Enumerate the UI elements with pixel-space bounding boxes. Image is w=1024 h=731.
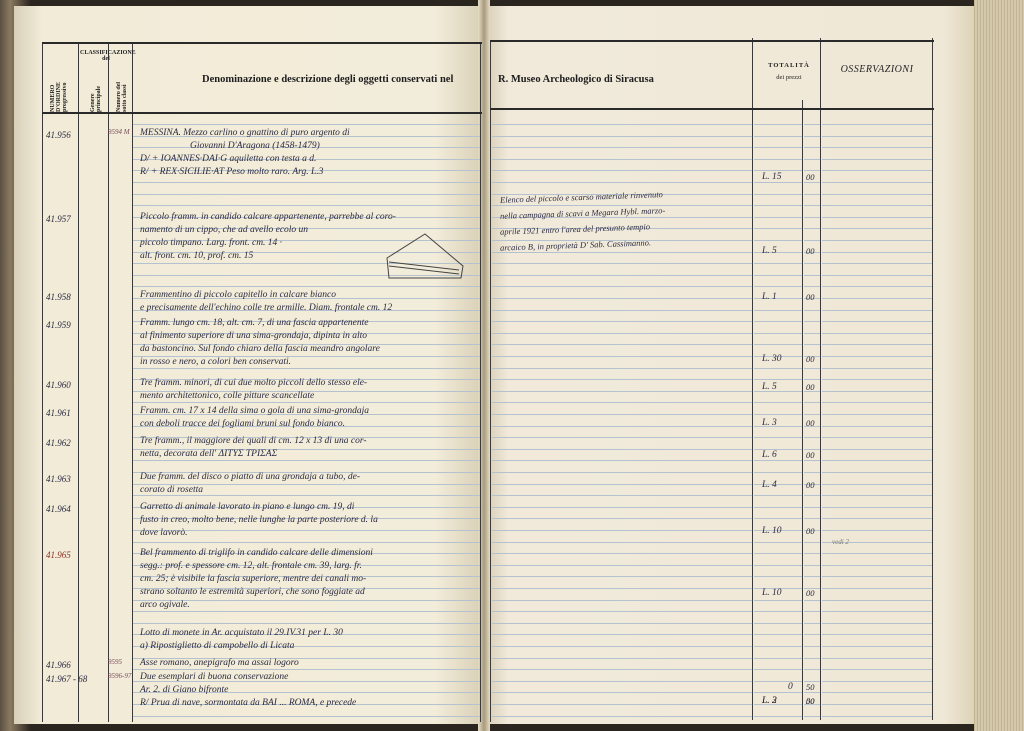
ruled-line: [822, 310, 932, 311]
column-line: [820, 38, 821, 720]
ruled-line: [492, 136, 752, 137]
ruled-line: [754, 623, 802, 624]
entry-number: 41.960: [46, 380, 71, 390]
ruled-line: [492, 518, 752, 519]
entry-description-line: namento di un cippo, che ad avello ecolo…: [140, 225, 308, 235]
ruled-line: [804, 263, 820, 264]
ruled-line: [754, 217, 802, 218]
entry-description-line: Garretto di animale lavorato in piano e …: [140, 502, 354, 512]
column-line: [108, 42, 109, 722]
entry-description-line: Bel frammento di triglifo in candido cal…: [140, 548, 373, 558]
entry-description-line: MESSINA. Mezzo carlino o gnattino di pur…: [140, 128, 350, 138]
ruled-line: [822, 437, 932, 438]
entry-cents: 00: [806, 172, 815, 182]
ruled-line: [492, 402, 752, 403]
ruled-line: [804, 379, 820, 380]
entry-description-line: con deboli tracce dei fogliami bruni sul…: [140, 419, 345, 429]
ruled-line: [492, 611, 752, 612]
ruled-line: [804, 716, 820, 717]
ruled-line: [804, 344, 820, 345]
entry-description-line: Ar. 2. di Giano bifronte: [140, 685, 228, 695]
ruled-line: [754, 310, 802, 311]
ruled-line: [804, 147, 820, 148]
ruled-line: [804, 553, 820, 554]
ruled-line: [804, 240, 820, 241]
ruled-line: [754, 240, 802, 241]
ruled-line: [822, 716, 932, 717]
entry-number: 41.964: [46, 504, 71, 514]
ruled-line: [754, 542, 802, 543]
column-line: [480, 42, 481, 722]
ruled-line: [804, 228, 820, 229]
ruled-line: [754, 472, 802, 473]
page-edges: [974, 0, 1024, 731]
ruled-line: [822, 681, 932, 682]
entry-description-line: Framm. lungo cm. 18, alt. cm. 7, di una …: [140, 318, 369, 328]
ruled-line: [492, 704, 752, 705]
entry-class: 9596-97: [108, 672, 131, 680]
entry-description-line: al finimento superiore di una sima-grond…: [140, 331, 367, 341]
entry-number: 41.967 - 68: [46, 674, 87, 684]
entry-number: 41.966: [46, 660, 71, 670]
ruled-line: [822, 402, 932, 403]
entry-number: 41.958: [46, 292, 71, 302]
ruled-line: [822, 182, 932, 183]
ruled-line: [804, 217, 820, 218]
column-line: [42, 42, 43, 722]
ruled-line: [492, 414, 752, 415]
header-totalita: TOTALITÀ: [760, 62, 818, 69]
page-title-left: Denominazione e descrizione degli oggett…: [202, 74, 453, 85]
ruled-line: [492, 588, 752, 589]
ruled-line: [492, 391, 752, 392]
header-top-line: [490, 40, 934, 42]
header-top-line: [42, 42, 482, 44]
column-line: [78, 42, 79, 722]
ruled-line: [754, 507, 802, 508]
entry-description-line: cm. 25; è visibile la fascia superiore, …: [140, 574, 366, 584]
ruled-line: [804, 368, 820, 369]
ruled-line: [804, 658, 820, 659]
entry-description-line: Giovanni D'Aragona (1458-1479): [190, 141, 320, 151]
ruled-line: [822, 472, 932, 473]
page-title-right: R. Museo Archeologico di Siracusa: [498, 74, 654, 85]
ruled-line: [822, 576, 932, 577]
ruled-line: [492, 565, 752, 566]
entry-cents: 00: [806, 480, 815, 490]
ruled-line: [492, 124, 752, 125]
ruled-line: [754, 124, 802, 125]
ruled-line: [804, 495, 820, 496]
ruled-line: [492, 507, 752, 508]
entry-description-line: segg.: prof. e spessore cm. 12, alt. fro…: [140, 561, 362, 571]
entry-description-line: Due framm. del disco o piatto di una gro…: [140, 472, 360, 482]
header-osservazioni: OSSERVAZIONI: [822, 64, 932, 75]
ruled-line: [822, 565, 932, 566]
entry-description-line: mento architettonico, colle pitture scan…: [140, 391, 314, 401]
ruled-line: [754, 379, 802, 380]
ruled-line: [492, 263, 752, 264]
column-line: [490, 42, 491, 722]
entry-description-line: Lotto di monete in Ar. acquistato il 29.…: [140, 628, 343, 638]
ruled-line: [822, 460, 932, 461]
entry-cents: 00: [806, 526, 815, 536]
ruled-line: [132, 182, 480, 183]
entry-description-line: in rosso e nero, a colori ben conservati…: [140, 357, 291, 367]
ruled-line: [132, 194, 480, 195]
ruled-line: [804, 623, 820, 624]
ruled-line: [492, 298, 752, 299]
entry-number: 41.965: [46, 550, 71, 560]
ruled-line: [822, 159, 932, 160]
ruled-line: [754, 263, 802, 264]
ruled-line: [804, 275, 820, 276]
ruled-line: [804, 646, 820, 647]
ruled-line: [822, 275, 932, 276]
ruled-line: [492, 542, 752, 543]
column-line: [802, 100, 803, 720]
entry-number: 41.959: [46, 320, 71, 330]
entry-description-line: a) Ripostiglietto di campobello di Licat…: [140, 641, 294, 651]
ruled-line: [804, 402, 820, 403]
ruled-line: [492, 681, 752, 682]
ruled-line: [754, 159, 802, 160]
ruled-line: [822, 600, 932, 601]
ruled-line: [492, 252, 752, 253]
ruled-line: [804, 542, 820, 543]
ruled-line: [822, 623, 932, 624]
entry-description-line: dove lavorò.: [140, 528, 188, 538]
entry-price: L. 4: [762, 480, 777, 490]
ruled-line: [804, 437, 820, 438]
entry-description-line: D/ + IOANNES·DAI·G aquiletta con testa a…: [140, 154, 316, 164]
entry-number: 41.957: [46, 214, 71, 224]
entry-number: 41.961: [46, 408, 71, 418]
ruled-line: [492, 658, 752, 659]
ruled-line: [492, 344, 752, 345]
ruled-line: [754, 634, 802, 635]
ruled-line: [132, 286, 480, 287]
ruled-line: [804, 170, 820, 171]
entry-description-line: fusto in creo, molto bene, nelle lunghe …: [140, 515, 378, 525]
entry-cents: 00: [806, 450, 815, 460]
ruled-line: [492, 356, 752, 357]
ruled-line: [822, 391, 932, 392]
entry-number: 41.962: [46, 438, 71, 448]
ruled-line: [492, 182, 752, 183]
margin-note: vedi 2: [832, 538, 849, 546]
header-bottom-line: [42, 112, 482, 114]
entry-price: L. 1: [762, 292, 777, 302]
ruled-line: [822, 507, 932, 508]
entry-price: 0: [788, 682, 793, 692]
ruled-line: [822, 136, 932, 137]
ruled-line: [822, 205, 932, 206]
ruled-line: [822, 333, 932, 334]
ruled-line: [492, 426, 752, 427]
ruled-line: [804, 333, 820, 334]
ruled-line: [804, 414, 820, 415]
ruled-line: [492, 553, 752, 554]
ruled-line: [804, 124, 820, 125]
entry-description-line: R/ Prua di nave, sormontata da BAI ... R…: [140, 698, 356, 708]
ruled-line: [822, 426, 932, 427]
ruled-line: [492, 460, 752, 461]
ruled-line: [132, 623, 480, 624]
entry-price: L. 10: [762, 588, 782, 598]
entry-cents: 00: [806, 354, 815, 364]
ruled-line: [492, 159, 752, 160]
ruled-line: [754, 402, 802, 403]
entry-price: L. 2: [762, 696, 777, 706]
ruled-line: [492, 576, 752, 577]
ruled-line: [754, 658, 802, 659]
ruled-line: [754, 275, 802, 276]
entry-description-line: netta, decorata dell' ΔΙΤΥΣ ΤΡΙΣΑΣ: [140, 449, 277, 459]
ruled-line: [132, 495, 480, 496]
header-numero-ordine: NUMERO D'ORDINE progressivo: [50, 68, 68, 112]
entry-description-line: e precisamente dell'echino colle tre arm…: [140, 303, 392, 313]
ruled-line: [822, 356, 932, 357]
ruled-line: [754, 565, 802, 566]
ruled-line: [754, 333, 802, 334]
column-line: [752, 38, 753, 720]
entry-description-line: R/ + REX·SICILIE·AT Peso molto raro. Arg…: [140, 167, 323, 177]
ruled-line: [822, 518, 932, 519]
entry-description-line: alt. front. cm. 10, prof. cm. 15: [140, 251, 253, 261]
ruled-line: [754, 576, 802, 577]
ruled-line: [754, 344, 802, 345]
ruled-line: [822, 286, 932, 287]
ruled-line: [822, 611, 932, 612]
ruled-line: [132, 368, 480, 369]
ruled-line: [822, 147, 932, 148]
ruled-line: [804, 565, 820, 566]
ruled-line: [804, 460, 820, 461]
ruled-line: [804, 310, 820, 311]
ruled-line: [132, 205, 480, 206]
ruled-line: [754, 600, 802, 601]
fragment-sketch-icon: [385, 228, 467, 282]
ruled-line: [754, 518, 802, 519]
column-line: [932, 38, 933, 720]
entry-price: L. 5: [762, 382, 777, 392]
ruled-line: [754, 716, 802, 717]
ruled-line: [822, 379, 932, 380]
ruled-line: [804, 611, 820, 612]
ruled-line: [492, 634, 752, 635]
ruled-line: [754, 286, 802, 287]
ruled-line: [822, 321, 932, 322]
ruled-line: [822, 252, 932, 253]
ruled-line: [822, 228, 932, 229]
ruled-line: [822, 368, 932, 369]
header-numero-sotto: Numero del sotto classi: [116, 72, 128, 112]
ruled-line: [822, 240, 932, 241]
ruled-line: [492, 472, 752, 473]
entry-cents: 00: [806, 382, 815, 392]
header-classificazione: CLASSIFICAZIONE del: [80, 50, 132, 62]
ruled-line: [822, 263, 932, 264]
ruled-line: [822, 217, 932, 218]
entry-price: L. 6: [762, 450, 777, 460]
entry-description-line: Piccolo framm. in candido calcare appart…: [140, 212, 396, 222]
entry-description-line: Due esemplari di buona conservazione: [140, 672, 288, 682]
entry-cents: 50: [806, 682, 815, 692]
ruled-line: [804, 634, 820, 635]
entry-cents: 00: [806, 418, 815, 428]
ruled-line: [822, 414, 932, 415]
ruled-line: [822, 298, 932, 299]
ruled-line: [822, 124, 932, 125]
ruled-line: [492, 333, 752, 334]
ruled-line: [804, 182, 820, 183]
ruled-line: [804, 136, 820, 137]
ruled-line: [132, 460, 480, 461]
entry-class: 9595: [108, 658, 122, 666]
ruled-line: [804, 205, 820, 206]
ruled-line: [754, 437, 802, 438]
ruled-line: [492, 275, 752, 276]
ruled-line: [492, 716, 752, 717]
ruled-line: [822, 704, 932, 705]
ruled-line: [754, 136, 802, 137]
entry-description-line: Tre framm., il maggiore dei quali di cm.…: [140, 436, 367, 446]
ruled-line: [492, 310, 752, 311]
ruled-line: [492, 368, 752, 369]
ruled-line: [132, 611, 480, 612]
entry-description-line: piccolo timpano. Larg. front. cm. 14 ·: [140, 238, 282, 248]
entry-number: 41.963: [46, 474, 71, 484]
ruled-line: [804, 472, 820, 473]
ruled-line: [804, 518, 820, 519]
entry-description-line: Frammentino di piccolo capitello in calc…: [140, 290, 336, 300]
ruled-line: [754, 611, 802, 612]
entry-description-line: Framm. cm. 17 x 14 della sima o gola di …: [140, 406, 369, 416]
entry-cents: 00: [806, 588, 815, 598]
ruled-line: [754, 170, 802, 171]
ruled-line: [822, 530, 932, 531]
ruled-line: [822, 588, 932, 589]
ruled-line: [822, 484, 932, 485]
ruled-line: [754, 414, 802, 415]
ruled-line: [492, 147, 752, 148]
ruled-line: [822, 658, 932, 659]
ruled-line: [822, 669, 932, 670]
ruled-line: [804, 321, 820, 322]
entry-description-line: da bastoncino. Sul fondo chiaro della fa…: [140, 344, 380, 354]
header-bottom-line: [490, 108, 934, 110]
ruled-line: [492, 646, 752, 647]
ruled-line: [132, 124, 480, 125]
entry-class: 9594 M: [108, 128, 130, 136]
ruled-line: [492, 286, 752, 287]
header-dei-prezzi: dei prezzi: [760, 74, 818, 81]
ruled-line: [804, 692, 820, 693]
ruled-line: [804, 194, 820, 195]
ruled-line: [492, 484, 752, 485]
entry-cents: 00: [806, 246, 815, 256]
ruled-line: [492, 623, 752, 624]
ruled-line: [804, 669, 820, 670]
ruled-line: [754, 669, 802, 670]
ruled-line: [822, 495, 932, 496]
ruled-line: [804, 576, 820, 577]
ruled-line: [754, 681, 802, 682]
ruled-line: [822, 646, 932, 647]
ruled-line: [754, 147, 802, 148]
ruled-line: [822, 194, 932, 195]
entry-description-line: arco ogivale.: [140, 600, 190, 610]
entry-description-line: Tre framm. minori, di cui due molto picc…: [140, 378, 367, 388]
ruled-line: [804, 159, 820, 160]
ruled-line: [822, 692, 932, 693]
ruled-line: [804, 507, 820, 508]
entry-number: 41.956: [46, 130, 71, 140]
entry-cents: 50: [806, 696, 815, 706]
ruled-line: [754, 321, 802, 322]
ruled-line: [132, 716, 480, 717]
ruled-line: [492, 321, 752, 322]
entry-price: L. 30: [762, 354, 782, 364]
ruled-line: [804, 600, 820, 601]
ruled-line: [804, 286, 820, 287]
ruled-line: [754, 368, 802, 369]
ruled-line: [492, 530, 752, 531]
ruled-line: [754, 646, 802, 647]
ruled-line: [754, 228, 802, 229]
ruled-line: [822, 553, 932, 554]
header-genere: Genere principale: [90, 80, 102, 112]
ruled-line: [754, 194, 802, 195]
ruled-line: [492, 379, 752, 380]
ruled-line: [754, 460, 802, 461]
ruled-line: [492, 600, 752, 601]
ruled-line: [754, 182, 802, 183]
ruled-line: [132, 402, 480, 403]
ruled-line: [492, 437, 752, 438]
ruled-line: [754, 205, 802, 206]
entry-price: L. 10: [762, 526, 782, 536]
entry-price: L. 15: [762, 172, 782, 182]
entry-cents: 00: [806, 292, 815, 302]
ruled-line: [132, 542, 480, 543]
ruled-line: [492, 692, 752, 693]
entry-description-line: Asse romano, anepigrafo ma assai logoro: [140, 658, 299, 668]
entry-price: L. 5: [762, 246, 777, 256]
ruled-line: [754, 692, 802, 693]
ruled-line: [492, 669, 752, 670]
entry-description-line: strano soltanto le estremità superiori, …: [140, 587, 365, 597]
ruled-line: [492, 449, 752, 450]
right-page: [484, 6, 974, 724]
ruled-line: [132, 669, 480, 670]
ruled-line: [754, 495, 802, 496]
ruled-line: [822, 634, 932, 635]
ruled-line: [822, 170, 932, 171]
entry-price: L. 3: [762, 418, 777, 428]
ruled-line: [492, 495, 752, 496]
entry-description-line: corato di rosetta: [140, 485, 203, 495]
ruled-line: [492, 170, 752, 171]
ruled-line: [822, 449, 932, 450]
column-line: [132, 42, 133, 722]
ruled-line: [754, 553, 802, 554]
ruled-line: [822, 344, 932, 345]
